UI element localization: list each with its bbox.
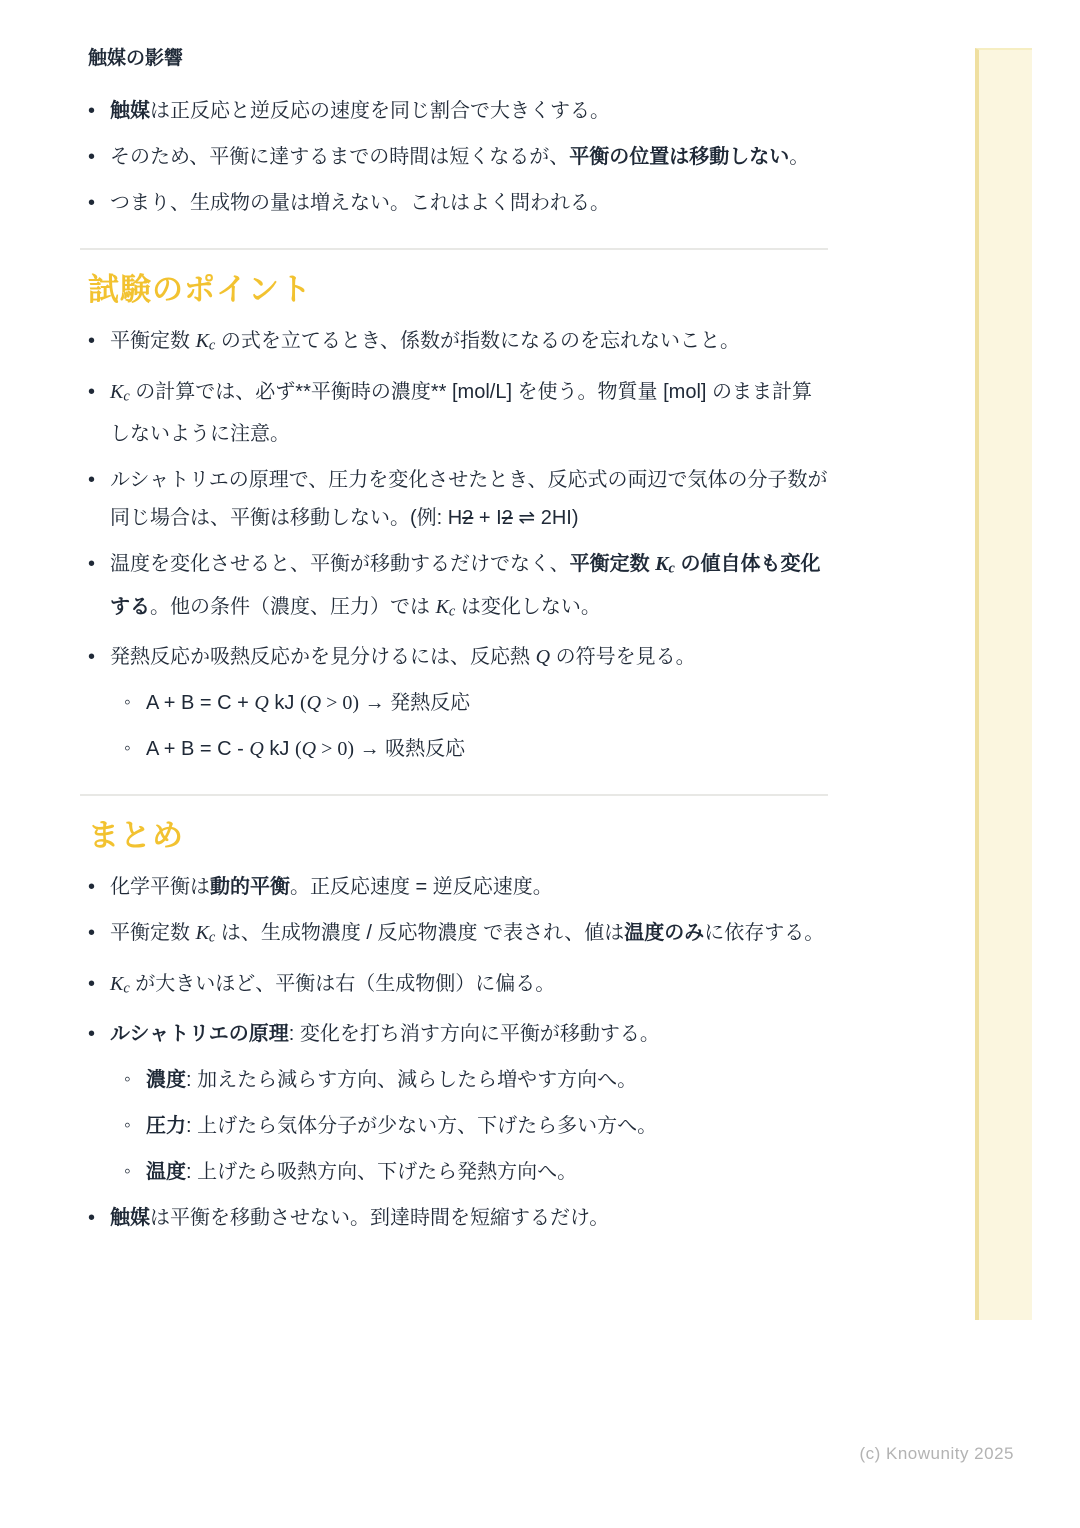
list-item: •Kc が大きいほど、平衡は右（生成物側）に偏る。 bbox=[88, 965, 830, 1008]
text-segment: + I bbox=[473, 507, 501, 529]
page-edge-strip bbox=[975, 48, 1032, 1320]
text-segment: の符号を見る。 bbox=[550, 646, 696, 668]
bullet-marker-icon: • bbox=[88, 322, 110, 360]
list-item-text: 触媒は正反応と逆反応の速度を同じ割合で大きくする。 bbox=[110, 92, 830, 130]
text-segment: が大きいほど、平衡は右（生成物側）に偏る。 bbox=[130, 973, 556, 995]
text-segment: Q bbox=[254, 692, 268, 714]
text-segment: : 加えたら減らす方向、減らしたら増やす方向へ。 bbox=[186, 1069, 637, 1091]
bullet-list-exam-points: •平衡定数 Kc の式を立てるとき、係数が指数になるのを忘れないこと。•Kc の… bbox=[88, 322, 830, 768]
text-segment: 。正反応速度 = 逆反応速度。 bbox=[290, 876, 553, 898]
text-segment: ⇌ 2HI) bbox=[513, 507, 579, 529]
hollow-circle-marker-icon: ◦ bbox=[124, 684, 146, 722]
text-segment: 化学平衡は bbox=[110, 876, 210, 898]
text-segment: の式を立てるとき、係数が指数になるのを忘れないこと。 bbox=[215, 330, 740, 352]
text-segment: 濃度 bbox=[146, 1069, 186, 1091]
list-item-text: ルシャトリエの原理: 変化を打ち消す方向に平衡が移動する。 bbox=[110, 1015, 830, 1053]
list-item: •触媒は正反応と逆反応の速度を同じ割合で大きくする。 bbox=[88, 92, 830, 130]
section-exam-points: 試験のポイント •平衡定数 Kc の式を立てるとき、係数が指数になるのを忘れない… bbox=[88, 270, 830, 768]
text-segment: Q bbox=[307, 692, 321, 714]
bullet-marker-icon: • bbox=[88, 638, 110, 676]
list-item-text: 圧力: 上げたら気体分子が少ない方、下げたら多い方へ。 bbox=[146, 1107, 830, 1145]
bullet-list-catalyst-effect: •触媒は正反応と逆反応の速度を同じ割合で大きくする。•そのため、平衡に達するまで… bbox=[88, 92, 830, 222]
text-segment: ( bbox=[295, 738, 302, 760]
section-heading-catalyst-effect: 触媒の影響 bbox=[88, 46, 830, 72]
section-heading-summary: まとめ bbox=[88, 816, 830, 856]
list-item: •平衡定数 Kc の式を立てるとき、係数が指数になるのを忘れないこと。 bbox=[88, 322, 830, 365]
list-item-text: Kc の計算では、必ず**平衡時の濃度** [mol/L] を使う。物質量 [m… bbox=[110, 373, 830, 454]
text-segment: : 上げたら気体分子が少ない方、下げたら多い方へ。 bbox=[186, 1115, 657, 1137]
text-segment: > 0) bbox=[321, 692, 359, 714]
document-content: 触媒の影響 •触媒は正反応と逆反応の速度を同じ割合で大きくする。•そのため、平衡… bbox=[88, 46, 830, 1237]
section-heading-exam-points: 試験のポイント bbox=[88, 270, 830, 310]
text-segment: そのため、平衡に達するまでの時間は短くなるが、 bbox=[110, 146, 569, 168]
list-item-text: 温度を変化させると、平衡が移動するだけでなく、平衡定数 Kc の値自体も変化する… bbox=[110, 545, 830, 630]
text-segment: kJ bbox=[269, 692, 300, 714]
bullet-marker-icon: • bbox=[88, 92, 110, 130]
text-segment: 温度を変化させると、平衡が移動するだけでなく、 bbox=[110, 553, 570, 575]
text-segment: は変化しない。 bbox=[455, 596, 601, 618]
bullet-marker-icon: • bbox=[88, 1199, 110, 1237]
list-item: •Kc の計算では、必ず**平衡時の濃度** [mol/L] を使う。物質量 [… bbox=[88, 373, 830, 454]
text-segment: K bbox=[655, 553, 668, 575]
bullet-marker-icon: • bbox=[88, 461, 110, 499]
bullet-marker-icon: • bbox=[88, 1015, 110, 1053]
list-item-text: 発熱反応か吸熱反応かを見分けるには、反応熱 Q の符号を見る。 bbox=[110, 638, 830, 676]
hollow-circle-marker-icon: ◦ bbox=[124, 1107, 146, 1145]
hollow-circle-marker-icon: ◦ bbox=[124, 1061, 146, 1099]
text-segment: 平衡定数 bbox=[110, 922, 196, 944]
text-segment: 触媒 bbox=[110, 1207, 150, 1229]
text-segment: 動的平衡 bbox=[210, 876, 290, 898]
section-catalyst-effect: 触媒の影響 •触媒は正反応と逆反応の速度を同じ割合で大きくする。•そのため、平衡… bbox=[88, 46, 830, 222]
list-item-text: A + B = C + Q kJ (Q > 0) → 発熱反応 bbox=[146, 684, 830, 722]
text-segment: K bbox=[196, 330, 209, 352]
text-segment: 平衡定数 bbox=[110, 330, 196, 352]
text-segment: 温度 bbox=[146, 1161, 186, 1183]
text-segment: 平衡定数 bbox=[570, 553, 656, 575]
section-divider bbox=[80, 248, 828, 250]
text-segment: 平衡の位置は移動しない bbox=[569, 146, 789, 168]
text-segment: の計算では、必ず**平衡時の濃度** [mol/L] を使う。物質量 [mol]… bbox=[110, 381, 812, 446]
list-item-text: 濃度: 加えたら減らす方向、減らしたら増やす方向へ。 bbox=[146, 1061, 830, 1099]
text-segment: は正反応と逆反応の速度を同じ割合で大きくする。 bbox=[150, 100, 610, 122]
text-segment: : 上げたら吸熱方向、下げたら発熱方向へ。 bbox=[186, 1161, 577, 1183]
list-item: •平衡定数 Kc は、生成物濃度 / 反応物濃度 で表され、値は温度のみに依存す… bbox=[88, 914, 830, 957]
sub-list-item: ◦A + B = C + Q kJ (Q > 0) → 発熱反応 bbox=[124, 684, 830, 722]
text-segment: Q bbox=[536, 646, 550, 668]
text-segment: 発熱反応か吸熱反応かを見分けるには、反応熱 bbox=[110, 646, 536, 668]
text-segment: → 発熱反応 bbox=[359, 692, 470, 714]
copyright-footer: (c) Knowunity 2025 bbox=[859, 1444, 1014, 1464]
text-segment: Q bbox=[302, 738, 316, 760]
list-item: •発熱反応か吸熱反応かを見分けるには、反応熱 Q の符号を見る。 bbox=[88, 638, 830, 676]
text-segment: > 0) bbox=[316, 738, 354, 760]
bullet-marker-icon: • bbox=[88, 965, 110, 1003]
list-item: •そのため、平衡に達するまでの時間は短くなるが、平衡の位置は移動しない。 bbox=[88, 138, 830, 176]
text-segment: K bbox=[110, 381, 123, 403]
text-segment: → 吸熱反応 bbox=[354, 738, 465, 760]
text-segment: に依存する。 bbox=[704, 922, 824, 944]
text-segment: K bbox=[110, 973, 123, 995]
text-segment: は、生成物濃度 / 反応物濃度 で表され、値は bbox=[215, 922, 624, 944]
text-segment: kJ bbox=[264, 738, 295, 760]
list-item-text: 触媒は平衡を移動させない。到達時間を短縮するだけ。 bbox=[110, 1199, 830, 1237]
text-segment: 2 bbox=[462, 507, 473, 529]
list-item-text: つまり、生成物の量は増えない。これはよく問われる。 bbox=[110, 184, 830, 222]
list-item-text: そのため、平衡に達するまでの時間は短くなるが、平衡の位置は移動しない。 bbox=[110, 138, 830, 176]
list-item-text: 平衡定数 Kc は、生成物濃度 / 反応物濃度 で表され、値は温度のみに依存する… bbox=[110, 914, 830, 957]
text-segment: 。 bbox=[789, 146, 809, 168]
text-segment: K bbox=[196, 922, 209, 944]
list-item-text: ルシャトリエの原理で、圧力を変化させたとき、反応式の両辺で気体の分子数が同じ場合… bbox=[110, 461, 830, 537]
section-summary: まとめ •化学平衡は動的平衡。正反応速度 = 逆反応速度。•平衡定数 Kc は、… bbox=[88, 816, 830, 1237]
text-segment: 触媒 bbox=[110, 100, 150, 122]
list-item: •触媒は平衡を移動させない。到達時間を短縮するだけ。 bbox=[88, 1199, 830, 1237]
document-page: 触媒の影響 •触媒は正反応と逆反応の速度を同じ割合で大きくする。•そのため、平衡… bbox=[0, 0, 1080, 1528]
bullet-marker-icon: • bbox=[88, 184, 110, 222]
text-segment: ルシャトリエの原理 bbox=[110, 1023, 289, 1045]
sub-list-item: ◦A + B = C - Q kJ (Q > 0) → 吸熱反応 bbox=[124, 730, 830, 768]
text-segment: A + B = C - bbox=[146, 738, 249, 760]
sub-list-item: ◦濃度: 加えたら減らす方向、減らしたら増やす方向へ。 bbox=[124, 1061, 830, 1099]
text-segment: ( bbox=[300, 692, 307, 714]
hollow-circle-marker-icon: ◦ bbox=[124, 1153, 146, 1191]
section-divider bbox=[80, 794, 828, 796]
text-segment: Q bbox=[249, 738, 263, 760]
text-segment: は平衡を移動させない。到達時間を短縮するだけ。 bbox=[150, 1207, 609, 1229]
bullet-marker-icon: • bbox=[88, 868, 110, 906]
sub-list-item: ◦温度: 上げたら吸熱方向、下げたら発熱方向へ。 bbox=[124, 1153, 830, 1191]
list-item: •ルシャトリエの原理: 変化を打ち消す方向に平衡が移動する。 bbox=[88, 1015, 830, 1053]
text-segment: 温度のみ bbox=[624, 922, 704, 944]
list-item-text: A + B = C - Q kJ (Q > 0) → 吸熱反応 bbox=[146, 730, 830, 768]
text-segment: 圧力 bbox=[146, 1115, 186, 1137]
list-item: •温度を変化させると、平衡が移動するだけでなく、平衡定数 Kc の値自体も変化す… bbox=[88, 545, 830, 630]
list-item: •つまり、生成物の量は増えない。これはよく問われる。 bbox=[88, 184, 830, 222]
text-segment: : 変化を打ち消す方向に平衡が移動する。 bbox=[289, 1023, 660, 1045]
text-segment: A + B = C + bbox=[146, 692, 254, 714]
bullet-list-summary: •化学平衡は動的平衡。正反応速度 = 逆反応速度。•平衡定数 Kc は、生成物濃… bbox=[88, 868, 830, 1237]
list-item-text: 化学平衡は動的平衡。正反応速度 = 逆反応速度。 bbox=[110, 868, 830, 906]
sub-list-item: ◦圧力: 上げたら気体分子が少ない方、下げたら多い方へ。 bbox=[124, 1107, 830, 1145]
list-item-text: Kc が大きいほど、平衡は右（生成物側）に偏る。 bbox=[110, 965, 830, 1008]
hollow-circle-marker-icon: ◦ bbox=[124, 730, 146, 768]
bullet-marker-icon: • bbox=[88, 545, 110, 583]
text-segment: K bbox=[436, 596, 449, 618]
bullet-marker-icon: • bbox=[88, 138, 110, 176]
text-segment: 2 bbox=[502, 507, 513, 529]
list-item: •化学平衡は動的平衡。正反応速度 = 逆反応速度。 bbox=[88, 868, 830, 906]
list-item-text: 温度: 上げたら吸熱方向、下げたら発熱方向へ。 bbox=[146, 1153, 830, 1191]
bullet-marker-icon: • bbox=[88, 373, 110, 411]
text-segment: つまり、生成物の量は増えない。これはよく問われる。 bbox=[110, 192, 610, 214]
bullet-marker-icon: • bbox=[88, 914, 110, 952]
list-item: •ルシャトリエの原理で、圧力を変化させたとき、反応式の両辺で気体の分子数が同じ場… bbox=[88, 461, 830, 537]
text-segment: 。他の条件（濃度、圧力）では bbox=[150, 596, 436, 618]
list-item-text: 平衡定数 Kc の式を立てるとき、係数が指数になるのを忘れないこと。 bbox=[110, 322, 830, 365]
